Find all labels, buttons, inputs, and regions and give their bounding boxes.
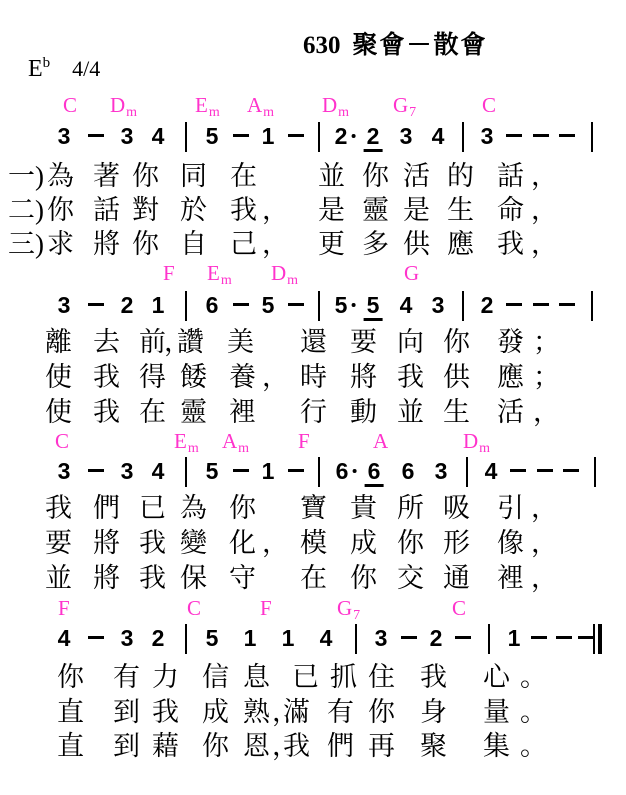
lyric-char: 變 [180, 530, 207, 557]
lyric-char: 你 [132, 163, 159, 190]
lyric-char: 生 [443, 399, 470, 426]
lyric-char: 得 [139, 364, 166, 391]
note-digit: 2 [121, 293, 134, 318]
lyric-char: 發 [497, 329, 524, 356]
lyric-char: 使 [45, 364, 72, 391]
lyric-char: 們 [327, 733, 354, 760]
lyric-char: ， [262, 197, 289, 224]
lyric-char: 求 [47, 231, 74, 258]
chord-label: Em [195, 95, 220, 116]
score: CDmEmAmDmG7C3345122343一)為著你同在並你活的話，二)你話對… [0, 0, 626, 795]
chord-quality: m [263, 105, 274, 120]
note-dash [531, 636, 547, 639]
lyric-char: 應 [497, 364, 524, 391]
lyric-char: 寶 [300, 495, 327, 522]
note-digit: 3 [400, 124, 413, 149]
note-digit: 3 [58, 124, 71, 149]
lyric-char: 使 [45, 399, 72, 426]
lyric-char: 你 [47, 197, 74, 224]
lyric-char: 信 [202, 664, 229, 691]
lyric-char: ， [262, 231, 289, 258]
note-digit: 2 [335, 124, 348, 149]
lyric-char: 為 [47, 163, 74, 190]
note-dash [288, 469, 304, 472]
note-digit: 5 [206, 626, 219, 651]
note-digit: 3 [481, 124, 494, 149]
chord-label: F [163, 263, 175, 284]
lyric-char: 裡 [497, 565, 524, 592]
chord-quality: 7 [353, 608, 360, 623]
lyric-char: 抓 [330, 664, 357, 691]
lyric-char: 於 [180, 197, 207, 224]
barline [466, 457, 468, 487]
lyric-char: 你 [132, 231, 159, 258]
lyric-char: 交 [397, 565, 424, 592]
lyric-char: 身 [420, 699, 447, 726]
chord-label: G7 [393, 95, 416, 116]
chord-label: C [187, 598, 201, 619]
lyric-char: 將 [93, 530, 120, 557]
note-dash [506, 134, 522, 137]
note-digit: 2 [430, 626, 443, 651]
lyric-char: 我 [230, 197, 257, 224]
lyric-char: 心 [483, 664, 510, 691]
lyric-char: 恩 [243, 733, 270, 760]
note-dash [88, 636, 104, 639]
chord-label: F [260, 598, 272, 619]
lyric-char: 我 [93, 364, 120, 391]
lyric-char: 靈 [362, 197, 389, 224]
note-dash [233, 134, 249, 137]
lyric-char: ； [533, 364, 560, 391]
barline [185, 291, 187, 321]
lyric-char: 我 [283, 733, 310, 760]
lyric-char: 形 [443, 530, 470, 557]
note-digit: 3 [121, 626, 134, 651]
note-dash [233, 469, 249, 472]
lyric-char: 多 [362, 231, 389, 258]
lyric-char: 是 [403, 197, 430, 224]
lyric-char: 你 [368, 699, 395, 726]
lyric-char: 力 [152, 664, 179, 691]
chord-quality: 7 [409, 105, 416, 120]
lyric-char: 同 [180, 163, 207, 190]
note-digit: 4 [485, 459, 498, 484]
lyric-char: 並 [45, 565, 72, 592]
chord-label: G7 [337, 598, 360, 619]
lyric-char: 吸 [443, 495, 470, 522]
chord-label: Em [174, 431, 199, 452]
note-digit: 3 [432, 293, 445, 318]
lyric-char: 成 [202, 699, 229, 726]
lyric-char: 行 [300, 399, 327, 426]
lyric-char: 你 [202, 733, 229, 760]
augmentation-dot [351, 303, 355, 307]
note-digit: 3 [435, 459, 448, 484]
note-digit: 1 [262, 459, 275, 484]
note-dash [88, 303, 104, 306]
note-dash [559, 134, 575, 137]
note-dash [455, 636, 471, 639]
chord-quality: m [479, 441, 490, 456]
lyric-char: 在 [300, 565, 327, 592]
note-digit: 1 [508, 626, 521, 651]
barline [318, 291, 320, 321]
note-dash [288, 303, 304, 306]
lyric-char: ； [533, 329, 560, 356]
note-dash [533, 303, 549, 306]
lyric-char: 你 [362, 163, 389, 190]
augmentation-dot [352, 469, 356, 473]
lyric-char: 引 [497, 495, 524, 522]
barline [318, 457, 320, 487]
barline [488, 624, 490, 654]
note-dash [288, 134, 304, 137]
barline [594, 457, 596, 487]
lyric-char: 。 [520, 733, 547, 760]
lyric-char: 成 [350, 530, 377, 557]
augmentation-dot [351, 134, 355, 138]
note-digit: 2 [152, 626, 165, 651]
lyric-char: 你 [397, 530, 424, 557]
lyric-char: 話 [93, 197, 120, 224]
lyric-char: 我 [93, 399, 120, 426]
lyric-char: ， [262, 530, 289, 557]
lyric-char: 對 [132, 197, 159, 224]
lyric-char: 去 [93, 329, 120, 356]
note-digit: 5 [262, 293, 275, 318]
lyric-char: ， [533, 399, 560, 426]
lyric-char: 將 [93, 231, 120, 258]
note-digit: 4 [58, 626, 71, 651]
lyric-char: 我 [397, 364, 424, 391]
lyric-char: 為 [180, 495, 207, 522]
lyric-char: 。 [520, 664, 547, 691]
chord-label: F [58, 598, 70, 619]
note-dash [537, 469, 553, 472]
lyric-char: 通 [443, 565, 470, 592]
chord-label: F [298, 431, 310, 452]
chord-label: C [482, 95, 496, 116]
chord-label: Dm [463, 431, 490, 452]
lyric-char: 在 [230, 163, 257, 190]
lyric-char: 我 [420, 664, 447, 691]
lyric-char: 你 [229, 495, 256, 522]
note-digit: 3 [121, 124, 134, 149]
lyric-char: 你 [350, 565, 377, 592]
barline [318, 122, 320, 152]
lyric-char: 靈 [180, 399, 207, 426]
lyric-char: 直 [57, 699, 84, 726]
note-digit: 6 [402, 459, 415, 484]
note-digit: 6 [206, 293, 219, 318]
note-dash [559, 303, 575, 306]
note-digit: 1 [282, 626, 295, 651]
lyric-char: 像 [497, 530, 524, 557]
lyric-char: 我 [139, 530, 166, 557]
chord-label: G [404, 263, 419, 284]
note-digit: 1 [152, 293, 165, 318]
note-digit: 3 [121, 459, 134, 484]
chord-label: Am [247, 95, 274, 116]
lyric-char: 時 [300, 364, 327, 391]
chord-label: Dm [110, 95, 137, 116]
lyric-char: ， [531, 231, 558, 258]
barline [591, 122, 593, 152]
note-digit: 3 [375, 626, 388, 651]
note-dash [563, 469, 579, 472]
lyric-char: 將 [350, 364, 377, 391]
lyric-char: 量 [483, 699, 510, 726]
chord-label: Am [222, 431, 249, 452]
barline [185, 624, 187, 654]
lyric-char: 到 [113, 733, 140, 760]
lyric-char: 二) [8, 197, 44, 224]
lyric-char: 應 [447, 231, 474, 258]
chord-quality: m [238, 441, 249, 456]
lyric-char: ， [531, 197, 558, 224]
lyric-char: 更 [318, 231, 345, 258]
note-dash [401, 636, 417, 639]
note-digit: 5 [206, 459, 219, 484]
lyric-char: 已 [292, 664, 319, 691]
note-digit: 5 [206, 124, 219, 149]
note-dash [233, 303, 249, 306]
lyric-char: 離 [45, 329, 72, 356]
lyric-char: 三) [8, 231, 44, 258]
lyric-char: 將 [93, 565, 120, 592]
lyric-char: 住 [368, 664, 395, 691]
note-dash [88, 469, 104, 472]
barline [462, 291, 464, 321]
lyric-char: 要 [45, 530, 72, 557]
chord-quality: m [221, 273, 232, 288]
note-digit: 4 [400, 293, 413, 318]
chord-quality: m [188, 441, 199, 456]
lyric-char: 還 [300, 329, 327, 356]
note-digit: 3 [58, 459, 71, 484]
lyric-char: ， [531, 163, 558, 190]
chord-label: Em [207, 263, 232, 284]
lyric-char: 我 [45, 495, 72, 522]
lyric-char: 要 [350, 329, 377, 356]
lyric-char: 。 [520, 699, 547, 726]
lyric-char: 已 [139, 495, 166, 522]
note-dash [88, 134, 104, 137]
lyric-char: 貴 [350, 495, 377, 522]
note-digit: 6 [336, 459, 349, 484]
lyric-char: 在 [139, 399, 166, 426]
barline [185, 122, 187, 152]
note-dash [556, 636, 572, 639]
lyric-char: 一) [8, 163, 44, 190]
note-digit: 1 [244, 626, 257, 651]
chord-quality: m [209, 105, 220, 120]
note-dash [510, 469, 526, 472]
lyric-char: 供 [403, 231, 430, 258]
note-digit: 5 [335, 293, 348, 318]
lyric-char: 養 [229, 364, 256, 391]
lyric-char: 並 [318, 163, 345, 190]
lyric-char: ， [531, 530, 558, 557]
note-digit: 4 [432, 124, 445, 149]
lyric-char: 模 [300, 530, 327, 557]
lyric-char: ， [531, 495, 558, 522]
lyric-char: 話 [497, 163, 524, 190]
chord-quality: m [287, 273, 298, 288]
chord-label: A [373, 431, 388, 452]
lyric-char: 是 [318, 197, 345, 224]
lyric-char: 集 [483, 733, 510, 760]
lyric-char: 再 [368, 733, 395, 760]
lyric-char: 直 [57, 733, 84, 760]
lyric-char: 藉 [152, 733, 179, 760]
lyric-char: 生 [447, 197, 474, 224]
lyric-char: ， [262, 364, 289, 391]
chord-label: C [55, 431, 69, 452]
lyric-char: 的 [447, 163, 474, 190]
lyric-char: 向 [397, 329, 424, 356]
note-digit: 6 [365, 459, 384, 487]
lyric-char: 保 [180, 565, 207, 592]
lyric-char: 我 [497, 231, 524, 258]
lyric-char: 前 [139, 329, 166, 356]
lyric-char: 守 [229, 565, 256, 592]
lyric-char: 有 [327, 699, 354, 726]
chord-label: Dm [271, 263, 298, 284]
note-digit: 4 [320, 626, 333, 651]
chord-label: Dm [322, 95, 349, 116]
lyric-char: 息 [243, 664, 270, 691]
barline [355, 624, 357, 654]
lyric-char: 你 [443, 329, 470, 356]
chord-label: C [63, 95, 77, 116]
lyric-char: 活 [497, 399, 524, 426]
note-dash [578, 636, 594, 639]
note-dash [533, 134, 549, 137]
lyric-char: 命 [497, 197, 524, 224]
note-digit: 2 [481, 293, 494, 318]
chord-quality: m [338, 105, 349, 120]
note-digit: 4 [152, 459, 165, 484]
final-barline [593, 624, 602, 654]
lyric-char: 所 [397, 495, 424, 522]
lyric-char: 裡 [229, 399, 256, 426]
lyric-char: 自 [180, 231, 207, 258]
lyric-char: 到 [113, 699, 140, 726]
note-digit: 4 [152, 124, 165, 149]
lyric-char: 活 [403, 163, 430, 190]
lyric-char: 滿 [283, 699, 310, 726]
lyric-char: 己 [230, 231, 257, 258]
note-dash [506, 303, 522, 306]
lyric-char: 你 [57, 664, 84, 691]
lyric-char: 讚 [177, 329, 204, 356]
lyric-char: 我 [139, 565, 166, 592]
lyric-char: 化 [229, 530, 256, 557]
lyric-char: 聚 [420, 733, 447, 760]
note-digit: 1 [262, 124, 275, 149]
lyric-char: 著 [93, 163, 120, 190]
lyric-char: 我 [152, 699, 179, 726]
lyric-char: 餧 [180, 364, 207, 391]
note-digit: 5 [364, 293, 383, 321]
hymn-sheet-page: 630聚會－散會 Eb 4/4 CDmEmAmDmG7C3345122343一)… [0, 0, 626, 795]
lyric-char: 動 [350, 399, 377, 426]
note-digit: 3 [58, 293, 71, 318]
barline [185, 457, 187, 487]
lyric-char: 美 [227, 329, 254, 356]
lyric-char: 有 [113, 664, 140, 691]
note-digit: 2 [364, 124, 383, 152]
lyric-char: 們 [93, 495, 120, 522]
chord-quality: m [126, 105, 137, 120]
chord-label: C [452, 598, 466, 619]
lyric-char: 供 [443, 364, 470, 391]
lyric-char: 熟 [243, 699, 270, 726]
lyric-char: 並 [397, 399, 424, 426]
barline [591, 291, 593, 321]
lyric-char: ， [531, 565, 558, 592]
barline [462, 122, 464, 152]
